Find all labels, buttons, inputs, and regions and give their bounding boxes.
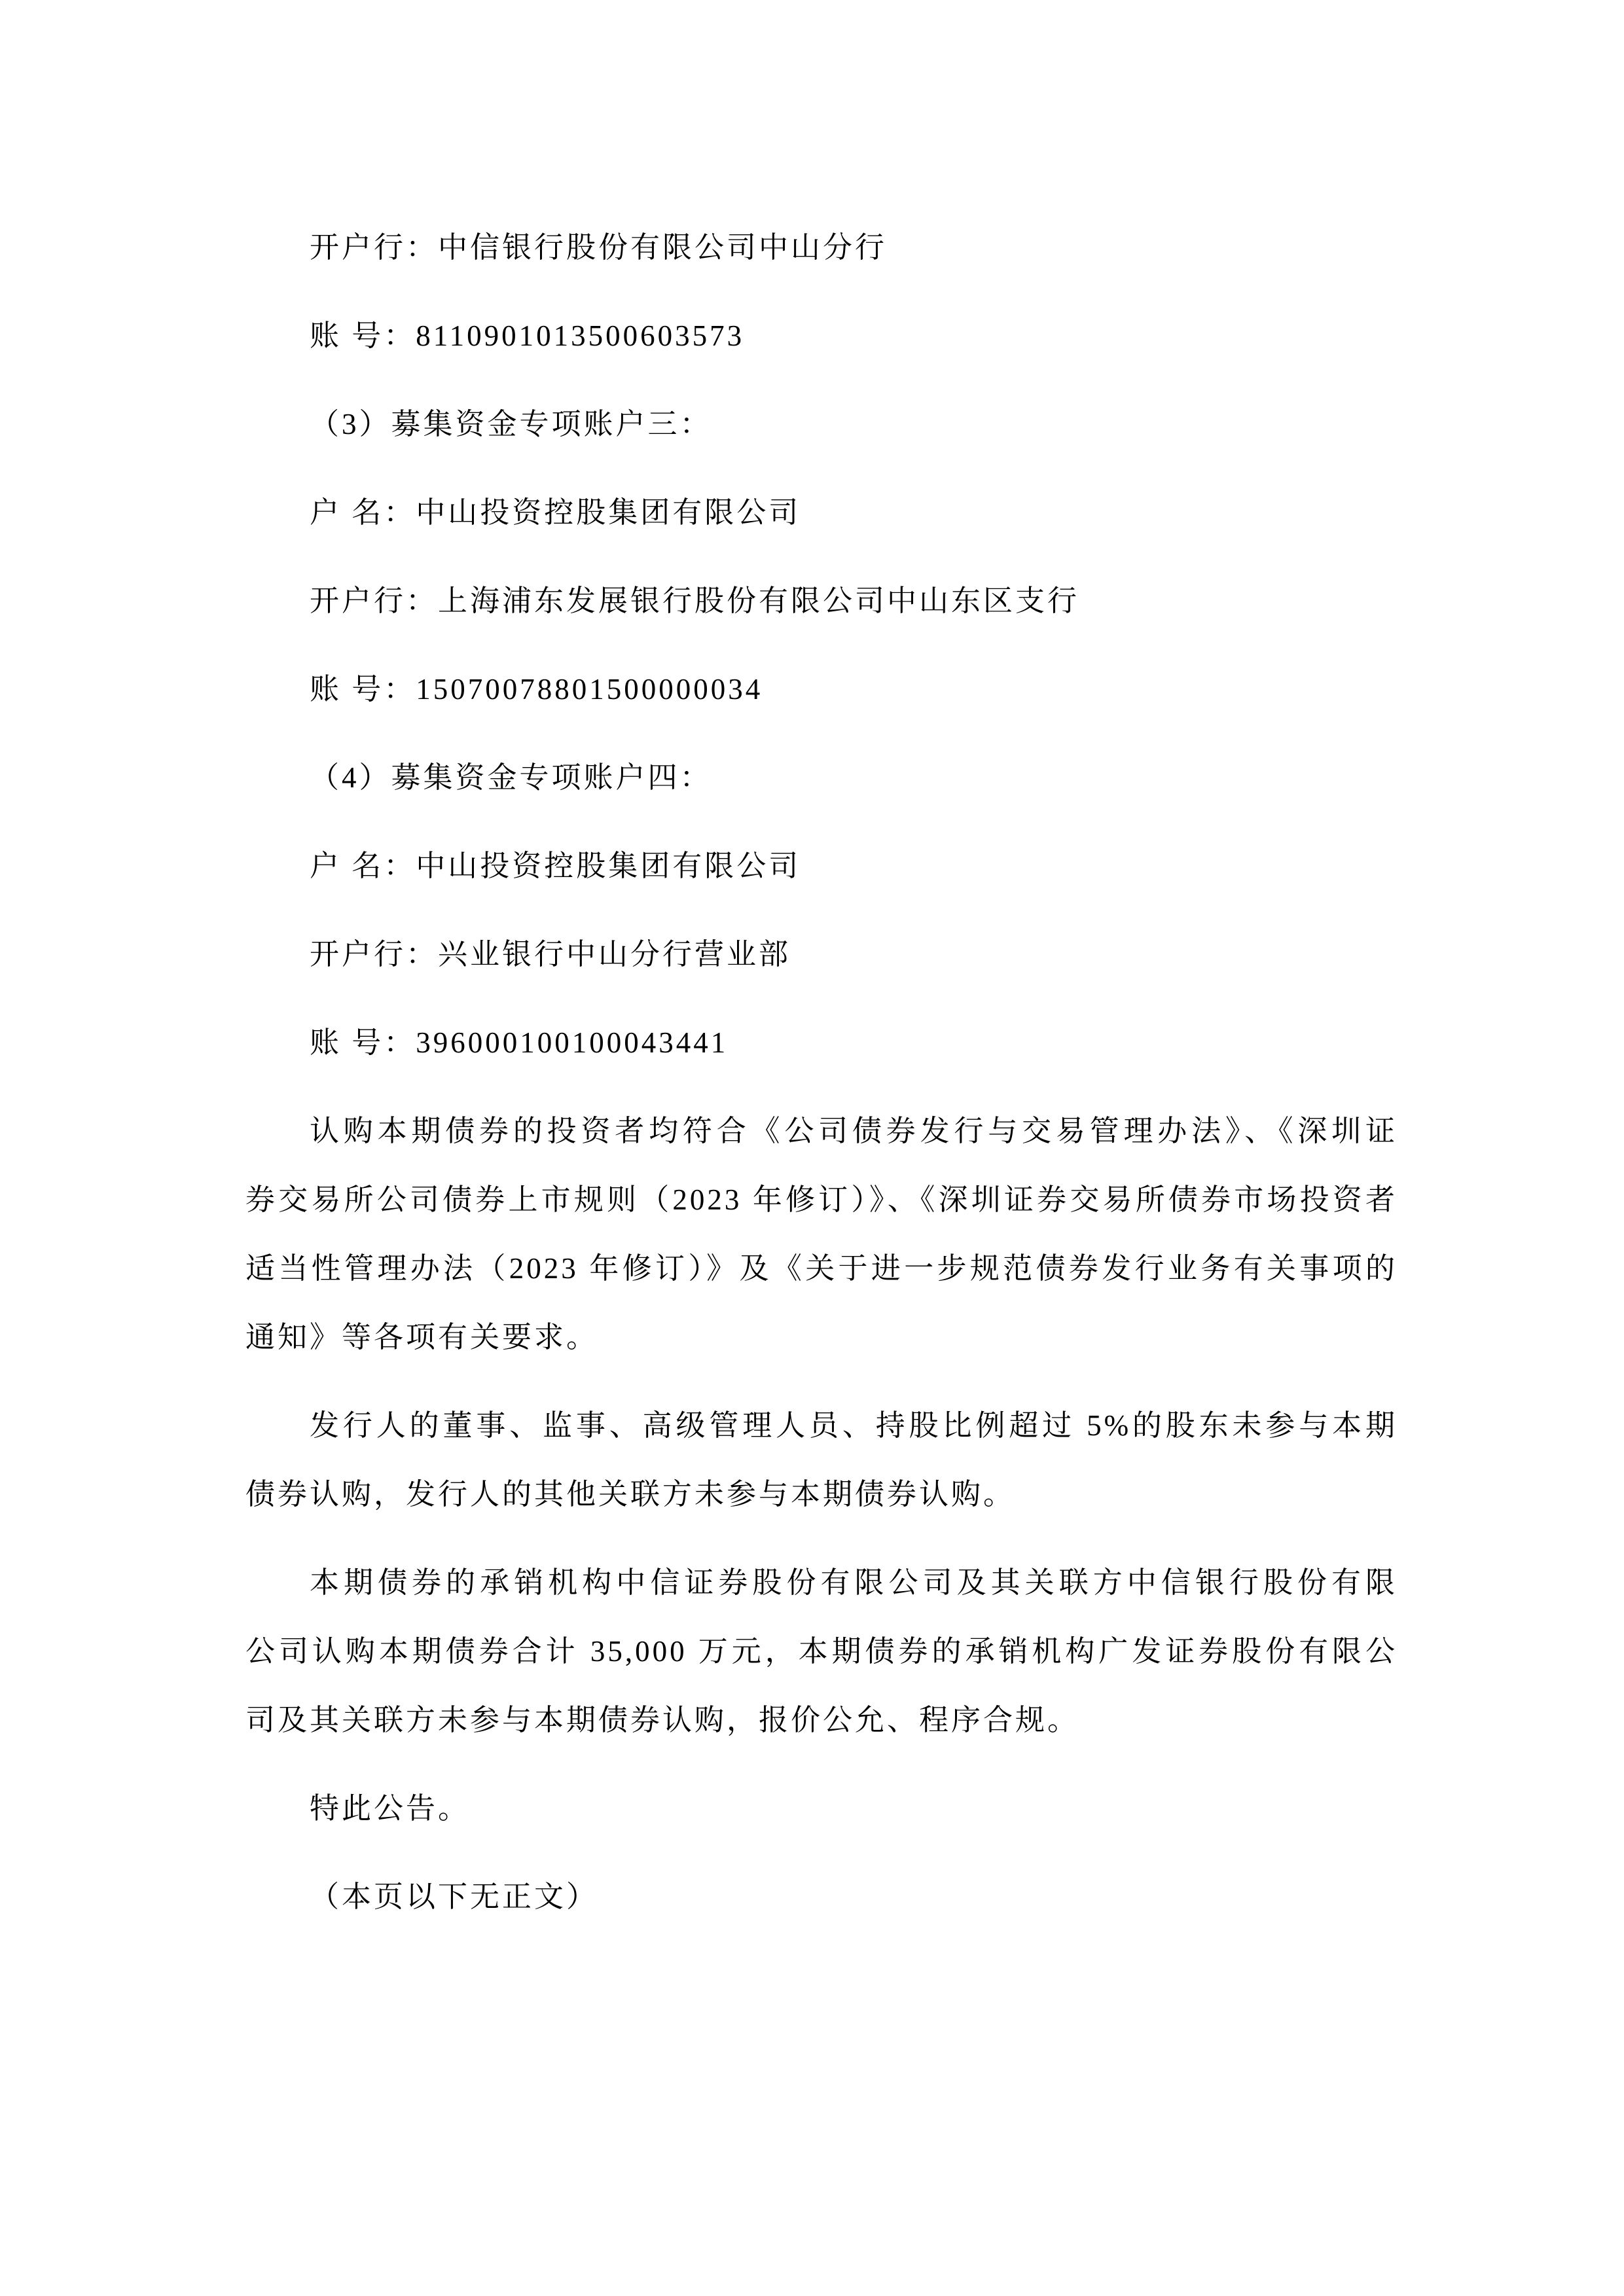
paragraph-line: 公司认购本期债券合计 35,000 万元，本期债券的承销机构广发证券股份有限公 bbox=[245, 1617, 1398, 1686]
paragraph-line: 特此公告。 bbox=[245, 1774, 1398, 1843]
paragraph-underwriter-subscription: 本期债券的承销机构中信证券股份有限公司及其关联方中信银行股份有限 公司认购本期债… bbox=[245, 1549, 1398, 1755]
paragraph-line: 通知》等各项有关要求。 bbox=[245, 1303, 1398, 1372]
paragraph-line: 本期债券的承销机构中信证券股份有限公司及其关联方中信银行股份有限 bbox=[245, 1549, 1398, 1617]
paragraph-line: 发行人的董事、监事、高级管理人员、持股比例超过 5%的股东未参与本期 bbox=[245, 1391, 1398, 1460]
closing-statement: 特此公告。 bbox=[245, 1774, 1398, 1843]
account-section-heading: （4）募集资金专项账户四： bbox=[245, 744, 1398, 812]
paragraph-line: 适当性管理办法（2023 年修订）》及《关于进一步规范债券发行业务有关事项的 bbox=[245, 1234, 1398, 1303]
paragraph-line: 券交易所公司债券上市规则（2023 年修订）》、《深圳证券交易所债券市场投资者 bbox=[245, 1166, 1398, 1234]
paragraph-line: 债券认购，发行人的其他关联方未参与本期债券认购。 bbox=[245, 1460, 1398, 1529]
account-holder-line: 户 名：中山投资控股集团有限公司 bbox=[245, 478, 1398, 547]
paragraph-investor-compliance: 认购本期债券的投资者均符合《公司债券发行与交易管理办法》、《深圳证 券交易所公司… bbox=[245, 1097, 1398, 1372]
paragraph-related-parties: 发行人的董事、监事、高级管理人员、持股比例超过 5%的股东未参与本期 债券认购，… bbox=[245, 1391, 1398, 1529]
document-page: 开户行：中信银行股份有限公司中山分行 账 号：81109010135006035… bbox=[0, 0, 1624, 2296]
account-bank-line: 开户行：兴业银行中山分行营业部 bbox=[245, 920, 1398, 989]
account-number-line: 账 号：15070078801500000034 bbox=[245, 655, 1398, 724]
document-body: 开户行：中信银行股份有限公司中山分行 账 号：81109010135006035… bbox=[0, 0, 1624, 1931]
account-section-heading: （3）募集资金专项账户三： bbox=[245, 390, 1398, 459]
account-holder-line: 户 名：中山投资控股集团有限公司 bbox=[245, 832, 1398, 901]
account-number-line: 账 号：8110901013500603573 bbox=[245, 302, 1398, 370]
account-bank-line: 开户行：上海浦东发展银行股份有限公司中山东区支行 bbox=[245, 567, 1398, 636]
paragraph-line: 司及其关联方未参与本期债券认购，报价公允、程序合规。 bbox=[245, 1686, 1398, 1755]
account-bank-line: 开户行：中信银行股份有限公司中山分行 bbox=[245, 213, 1398, 282]
no-body-text-note: （本页以下无正文） bbox=[245, 1863, 1398, 1931]
paragraph-line: （本页以下无正文） bbox=[245, 1863, 1398, 1931]
paragraph-line: 认购本期债券的投资者均符合《公司债券发行与交易管理办法》、《深圳证 bbox=[245, 1097, 1398, 1166]
account-number-line: 账 号：396000100100043441 bbox=[245, 1009, 1398, 1077]
